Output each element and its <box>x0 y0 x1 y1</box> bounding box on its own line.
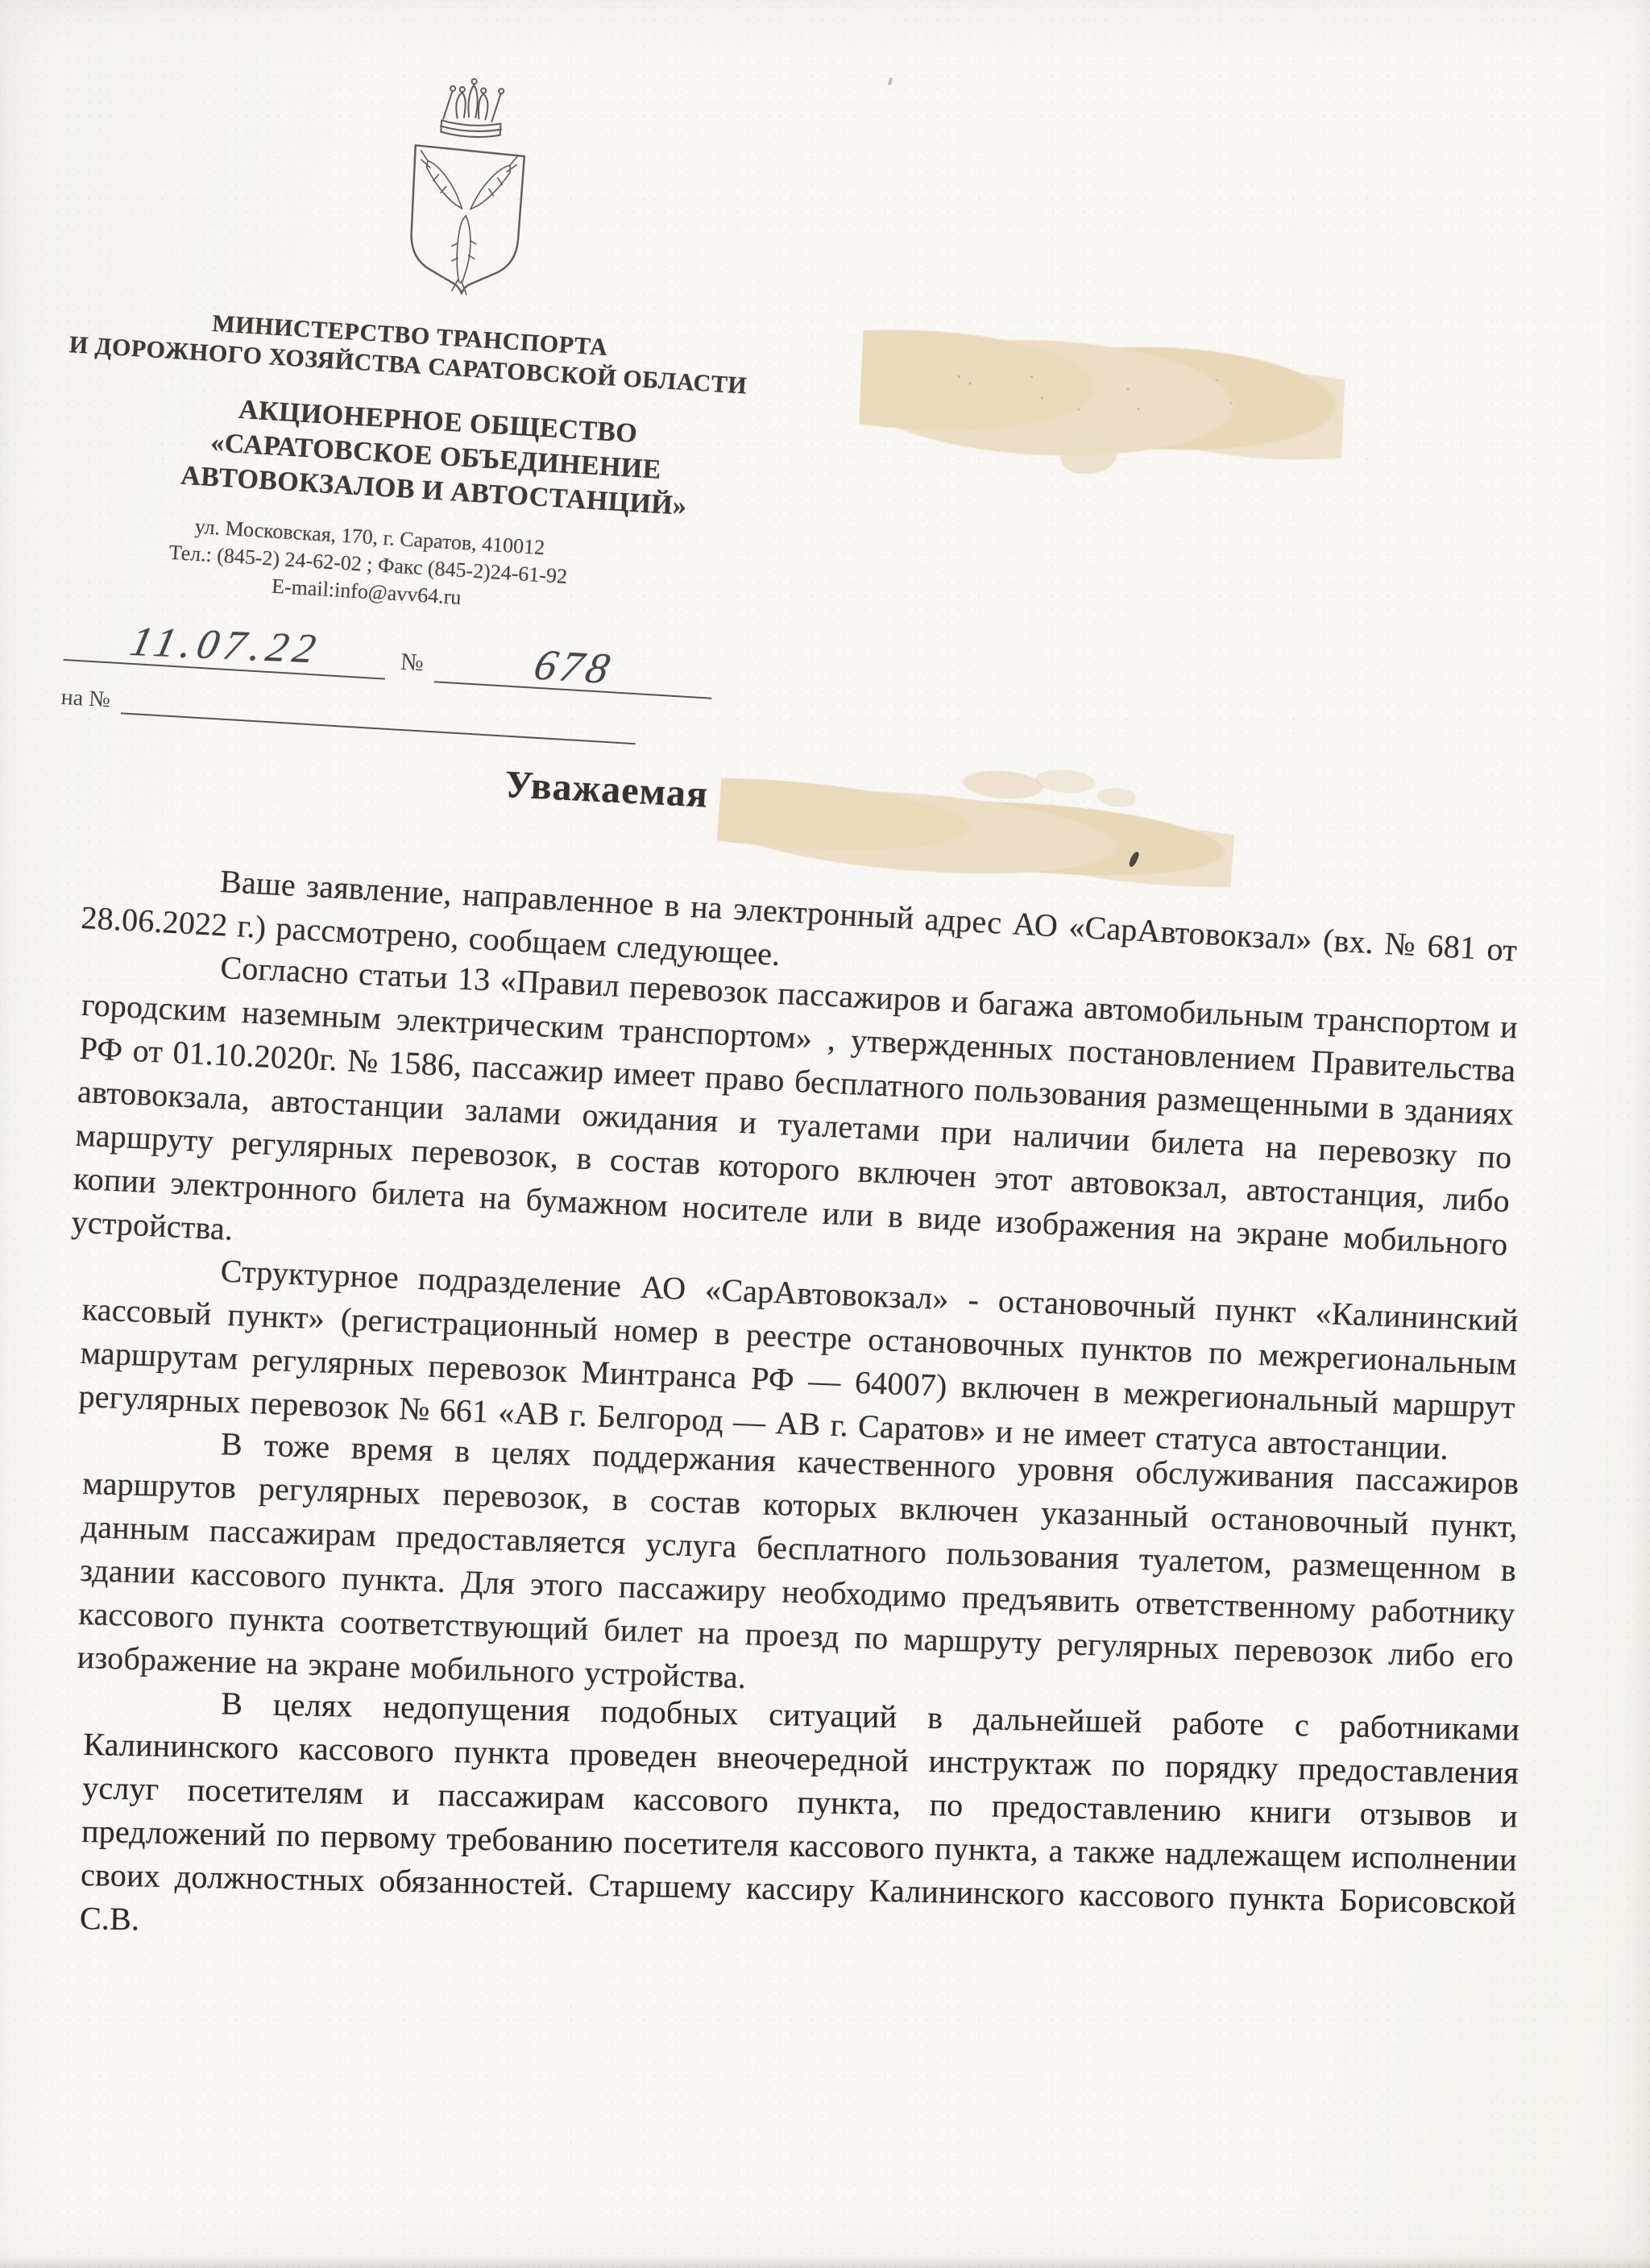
letter-body: Ваше заявление, направленное в на электр… <box>85 852 1520 1940</box>
body-paragraph: В тоже время в целях поддержания качеств… <box>77 1418 1519 1723</box>
scan-speck <box>888 77 893 86</box>
number-sign-label: № <box>400 649 425 678</box>
salutation-word: Уважаемая <box>504 762 709 818</box>
scanned-letter-page: МИНИСТЕРСТВО ТРАНСПОРТА И ДОРОЖНОГО ХОЗЯ… <box>0 0 1650 2268</box>
reply-to-label: на № <box>60 685 111 714</box>
body-paragraph: В целях недопущения подобных ситуаций в … <box>79 1679 1519 1969</box>
whiteout-redaction-addressee <box>858 325 1346 470</box>
reference-block: 11.07.22 № 678 на № <box>60 614 806 754</box>
organization-name: АКЦИОНЕРНОЕ ОБЩЕСТВО «САРАТОВСКОЕ ОБЪЕДИ… <box>59 382 813 532</box>
contact-block: ул. Московская, 170, г. Саратов, 410012 … <box>24 503 713 627</box>
outgoing-number-handwritten: 678 <box>433 636 714 699</box>
outgoing-date-handwritten: 11.07.22 <box>64 614 388 680</box>
saratov-coat-of-arms-icon <box>393 64 542 318</box>
reply-to-underline <box>121 683 637 744</box>
